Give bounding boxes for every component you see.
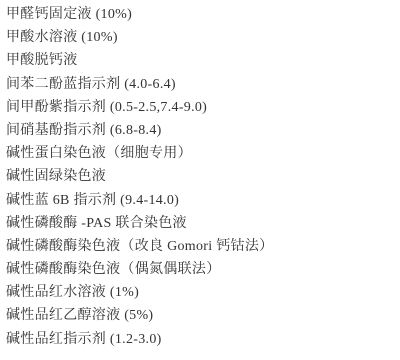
list-item: 碱性蓝 6B 指示剂 (9.4-14.0): [6, 189, 394, 212]
list-item: 碱性磷酸酶染色液（偶氮偶联法）: [6, 258, 394, 281]
list-item: 碱性固绿染色液: [6, 165, 394, 188]
list-item: 间苯二酚蓝指示剂 (4.0-6.4): [6, 73, 394, 96]
list-item: 间硝基酚指示剂 (6.8-8.4): [6, 119, 394, 142]
list-item: 甲酸脱钙液: [6, 49, 394, 72]
list-item: 碱性品红乙醇溶液 (5%): [6, 304, 394, 327]
list-item: 碱性品红水溶液 (1%): [6, 281, 394, 304]
list-item: 碱性品红指示剂 (1.2-3.0): [6, 328, 394, 351]
list-item: 碱性磷酸酶染色液（改良 Gomori 钙钴法）: [6, 235, 394, 258]
reagent-list: 甲醛钙固定液 (10%) 甲酸水溶液 (10%) 甲酸脱钙液 间苯二酚蓝指示剂 …: [0, 0, 400, 351]
reagent-list-page: 甲醛钙固定液 (10%) 甲酸水溶液 (10%) 甲酸脱钙液 间苯二酚蓝指示剂 …: [0, 0, 400, 360]
list-item: 甲醛钙固定液 (10%): [6, 3, 394, 26]
list-item: 碱性磷酸酶 -PAS 联合染色液: [6, 212, 394, 235]
list-item: 碱性蛋白染色液（细胞专用）: [6, 142, 394, 165]
list-item: 间甲酚紫指示剂 (0.5-2.5,7.4-9.0): [6, 96, 394, 119]
list-item: 甲酸水溶液 (10%): [6, 26, 394, 49]
